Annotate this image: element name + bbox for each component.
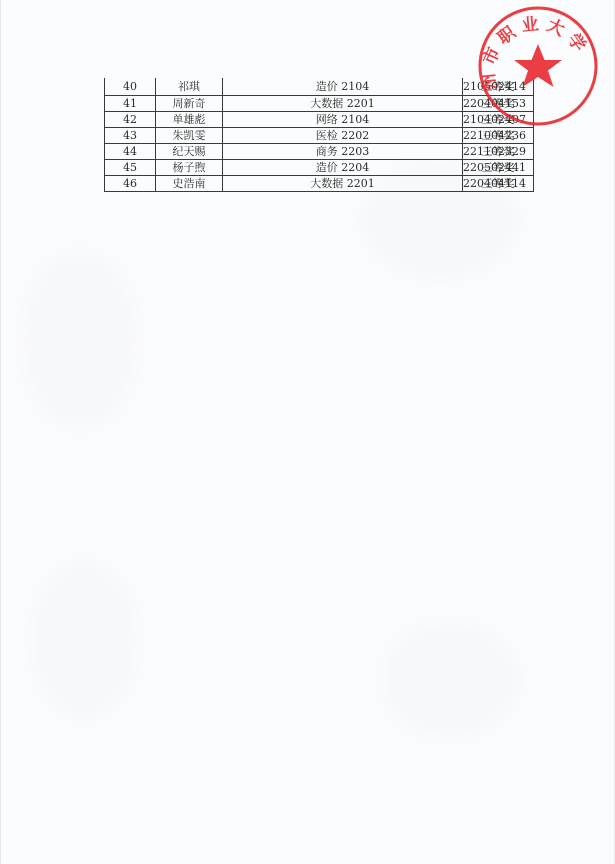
table-row: 42单雄彪网络 2104210402407三等奖 [105, 112, 534, 128]
paper-texture [30, 560, 140, 720]
table-row: 43朱凯雯医检 2202221004236三等奖 [105, 128, 534, 144]
row-number-cell: 40 [105, 78, 156, 96]
row-number-cell: 46 [105, 176, 156, 192]
table-row: 44纪天赐商务 2203221102329三等奖 [105, 144, 534, 160]
student-name-cell: 杨子煦 [156, 160, 223, 176]
class-name-cell: 网络 2104 [223, 112, 463, 128]
class-name-cell: 商务 2203 [223, 144, 463, 160]
class-name-cell: 大数据 2201 [223, 176, 463, 192]
table-row: 45杨子煦造价 2204220502441三等奖 [105, 160, 534, 176]
student-name-cell: 史浩南 [156, 176, 223, 192]
table-row: 40祁琪造价 2104210502414三等奖 [105, 78, 534, 96]
student-name-cell: 纪天赐 [156, 144, 223, 160]
row-number-cell: 45 [105, 160, 156, 176]
student-name-cell: 朱凯雯 [156, 128, 223, 144]
student-name-cell: 单雄彪 [156, 112, 223, 128]
award-list-table: 40祁琪造价 2104210502414三等奖41周新奇大数据 22012204… [104, 78, 534, 192]
award-rows: 40祁琪造价 2104210502414三等奖41周新奇大数据 22012204… [105, 78, 534, 192]
student-name-cell: 周新奇 [156, 96, 223, 112]
row-number-cell: 42 [105, 112, 156, 128]
student-name-cell: 祁琪 [156, 78, 223, 96]
class-name-cell: 大数据 2201 [223, 96, 463, 112]
row-number-cell: 44 [105, 144, 156, 160]
paper-texture [380, 620, 520, 740]
table-row: 46史浩南大数据 2201220404114三等奖 [105, 176, 534, 192]
class-name-cell: 医检 2202 [223, 128, 463, 144]
row-number-cell: 41 [105, 96, 156, 112]
table-row: 41周新奇大数据 2201220404153三等奖 [105, 96, 534, 112]
class-name-cell: 造价 2104 [223, 78, 463, 96]
class-name-cell: 造价 2204 [223, 160, 463, 176]
paper-texture [20, 250, 140, 430]
row-number-cell: 43 [105, 128, 156, 144]
